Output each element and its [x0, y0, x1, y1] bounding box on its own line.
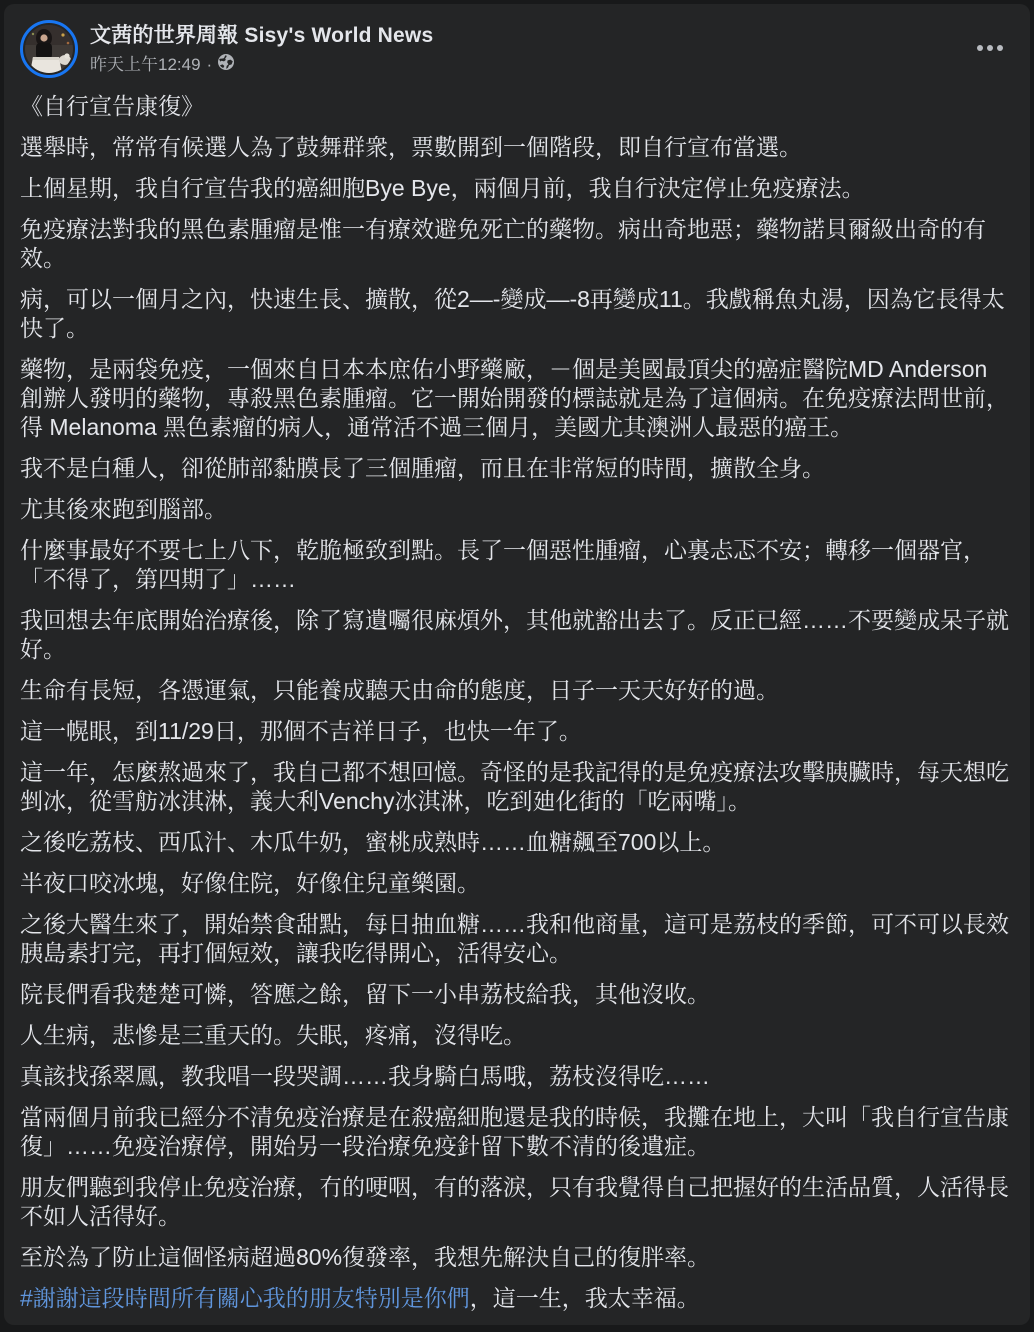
globe-icon	[218, 54, 234, 76]
post-paragraph: 這一年，怎麼熬過來了，我自己都不想回憶。奇怪的是我記得的是免疫療法攻擊胰臟時，每…	[20, 758, 1014, 816]
post-card: 文茜的世界周報 Sisy's World News 昨天上午12:49 ·	[4, 4, 1030, 1325]
post-paragraph: 什麼事最好不要七上八下，乾脆極致到點。長了一個惡性腫瘤，心裏忐忑不安；轉移一個器…	[20, 536, 1014, 594]
avatar-photo	[25, 25, 73, 73]
post-paragraph: 當兩個月前我已經分不清免疫治療是在殺癌細胞還是我的時候，我攤在地上，大叫「我自行…	[20, 1103, 1014, 1161]
post-paragraph: 之後大醫生來了，開始禁食甜點，每日抽血糖……我和他商量，這可是荔枝的季節，可不可…	[20, 910, 1014, 968]
post-paragraph: 我回想去年底開始治療後，除了寫遺囑很麻煩外，其他就豁出去了。反正已經……不要變成…	[20, 606, 1014, 664]
post-paragraph-last: #謝謝這段時間所有關心我的朋友特別是你們，這一生，我太幸福。	[20, 1284, 1014, 1313]
dot-separator: ·	[207, 54, 213, 76]
header-info: 文茜的世界周報 Sisy's World News 昨天上午12:49 ·	[90, 20, 433, 76]
post-body: 《自行宣告康復》 選舉時，常常有候選人為了鼓舞群衆，票數開到一個階段，即自行宣布…	[4, 78, 1030, 1313]
page-name-link[interactable]: 文茜的世界周報 Sisy's World News	[90, 22, 433, 50]
timestamp-row: 昨天上午12:49 ·	[90, 54, 433, 76]
post-paragraph: 院長們看我楚楚可憐，答應之餘，留下一小串荔枝給我，其他沒收。	[20, 980, 1014, 1009]
post-paragraph: 半夜口咬冰塊，好像住院，好像住兒童樂園。	[20, 869, 1014, 898]
post-paragraph: 藥物，是兩袋免疫，一個來自日本本庶佑小野藥廠，－個是美國最頂尖的癌症醫院MD A…	[20, 355, 1014, 442]
post-paragraph: 朋友們聽到我停止免疫治療，冇的哽咽，有的落淚，只有我覺得自己把握好的生活品質，人…	[20, 1173, 1014, 1231]
more-options-button[interactable]	[970, 32, 1010, 64]
post-paragraph: 生命有長短，各憑運氣，只能養成聽天由命的態度，日子一天天好好的過。	[20, 676, 1014, 705]
post-paragraph: 至於為了防止這個怪病超過80%復發率，我想先解決自己的復胖率。	[20, 1243, 1014, 1272]
post-paragraph: 《自行宣告康復》	[20, 92, 1014, 121]
timestamp-link[interactable]: 昨天上午12:49	[90, 54, 201, 76]
three-dots-icon	[977, 45, 983, 51]
post-paragraph: 人生病，悲慘是三重天的。失眠，疼痛，沒得吃。	[20, 1021, 1014, 1050]
avatar[interactable]	[20, 20, 78, 78]
post-paragraph: 病，可以一個月之內，快速生長、擴散，從2—-變成—-8再變成11。我戲稱魚丸湯，…	[20, 285, 1014, 343]
post-header: 文茜的世界周報 Sisy's World News 昨天上午12:49 ·	[4, 4, 1030, 78]
post-paragraph: 選舉時，常常有候選人為了鼓舞群衆，票數開到一個階段，即自行宣布當選。	[20, 133, 1014, 162]
post-paragraph: 上個星期，我自行宣告我的癌細胞Bye Bye，兩個月前，我自行決定停止免疫療法。	[20, 174, 1014, 203]
post-paragraph: 我不是白種人，卻從肺部黏膜長了三個腫瘤，而且在非常短的時間，擴散全身。	[20, 454, 1014, 483]
post-paragraph: 真該找孫翠鳳，教我唱一段哭調……我身騎白馬哦，荔枝沒得吃……	[20, 1062, 1014, 1091]
hashtag-link[interactable]: #謝謝這段時間所有關心我的朋友特別是你們	[20, 1285, 470, 1311]
post-paragraph: 尤其後來跑到腦部。	[20, 495, 1014, 524]
post-paragraph: 之後吃荔枝、西瓜汁、木瓜牛奶，蜜桃成熟時……血糖飆至700以上。	[20, 828, 1014, 857]
post-footer-text: ，這一生，我太幸福。	[470, 1285, 700, 1311]
post-paragraph: 免疫療法對我的黑色素腫瘤是惟一有療效避免死亡的藥物。病出奇地惡；藥物諾貝爾級出奇…	[20, 215, 1014, 273]
post-paragraph: 這一幌眼，到11/29日，那個不吉祥日子，也快一年了。	[20, 717, 1014, 746]
